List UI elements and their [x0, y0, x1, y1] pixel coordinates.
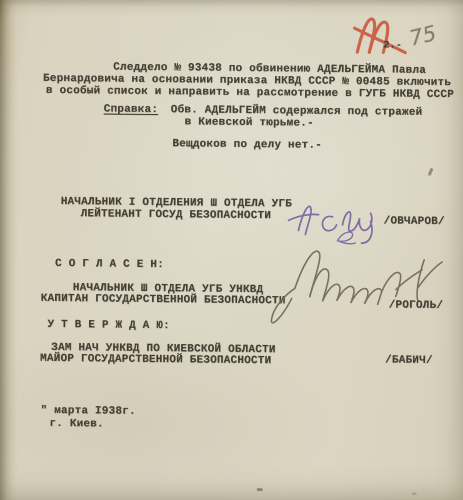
- signoff1-title-line-2: ЛЕЙТЕНАНТ ГОСУД БЕЗОПАСНОСТИ: [81, 208, 272, 222]
- utverzhdayu-heading: У Т В Е Р Ж Д А Ю:: [47, 319, 170, 332]
- paper-fleck: [257, 488, 263, 491]
- purple-squiggle-mark: [332, 228, 360, 248]
- spravka-label: Справка:: [104, 103, 159, 116]
- signoff2-name: /РОГОЛЬ/: [389, 299, 444, 312]
- document-page: 2.- 75 Следдело № 93438 по обвинению АДЕ…: [0, 0, 463, 500]
- signoff3-name: /БАБИЧ/: [385, 354, 433, 366]
- rogol-signature: [261, 246, 458, 334]
- spravka-line-2: в Киевской тюрьме.-: [185, 116, 314, 129]
- signoff3-title-line-2: МАЙОР ГОСУДАРСТВЕННОЙ БЕЗОПАСНОСТИ: [40, 353, 271, 367]
- evidence-note: Вещдоков по делу нет.-: [172, 138, 322, 152]
- paper-fleck: [428, 168, 434, 177]
- signoff1-name: /ОВЧАРОВ/: [383, 215, 444, 228]
- city-line: г. Киев.: [49, 418, 104, 431]
- pencil-page-number: 75: [407, 21, 439, 51]
- date-line: " марта I938г.: [40, 405, 135, 418]
- soglasen-heading: С О Г Л А С Е Н:: [55, 258, 164, 271]
- signoff2-title-line-2: КАПИТАН ГОСУДАРСТВЕННОЙ БЕЗОПАСНОСТИ: [41, 293, 286, 308]
- paper-fleck: [412, 493, 417, 495]
- scanned-content-layer: 2.- 75 Следдело № 93438 по обвинению АДЕ…: [0, 0, 463, 500]
- typed-page-number: 2.-: [383, 40, 402, 52]
